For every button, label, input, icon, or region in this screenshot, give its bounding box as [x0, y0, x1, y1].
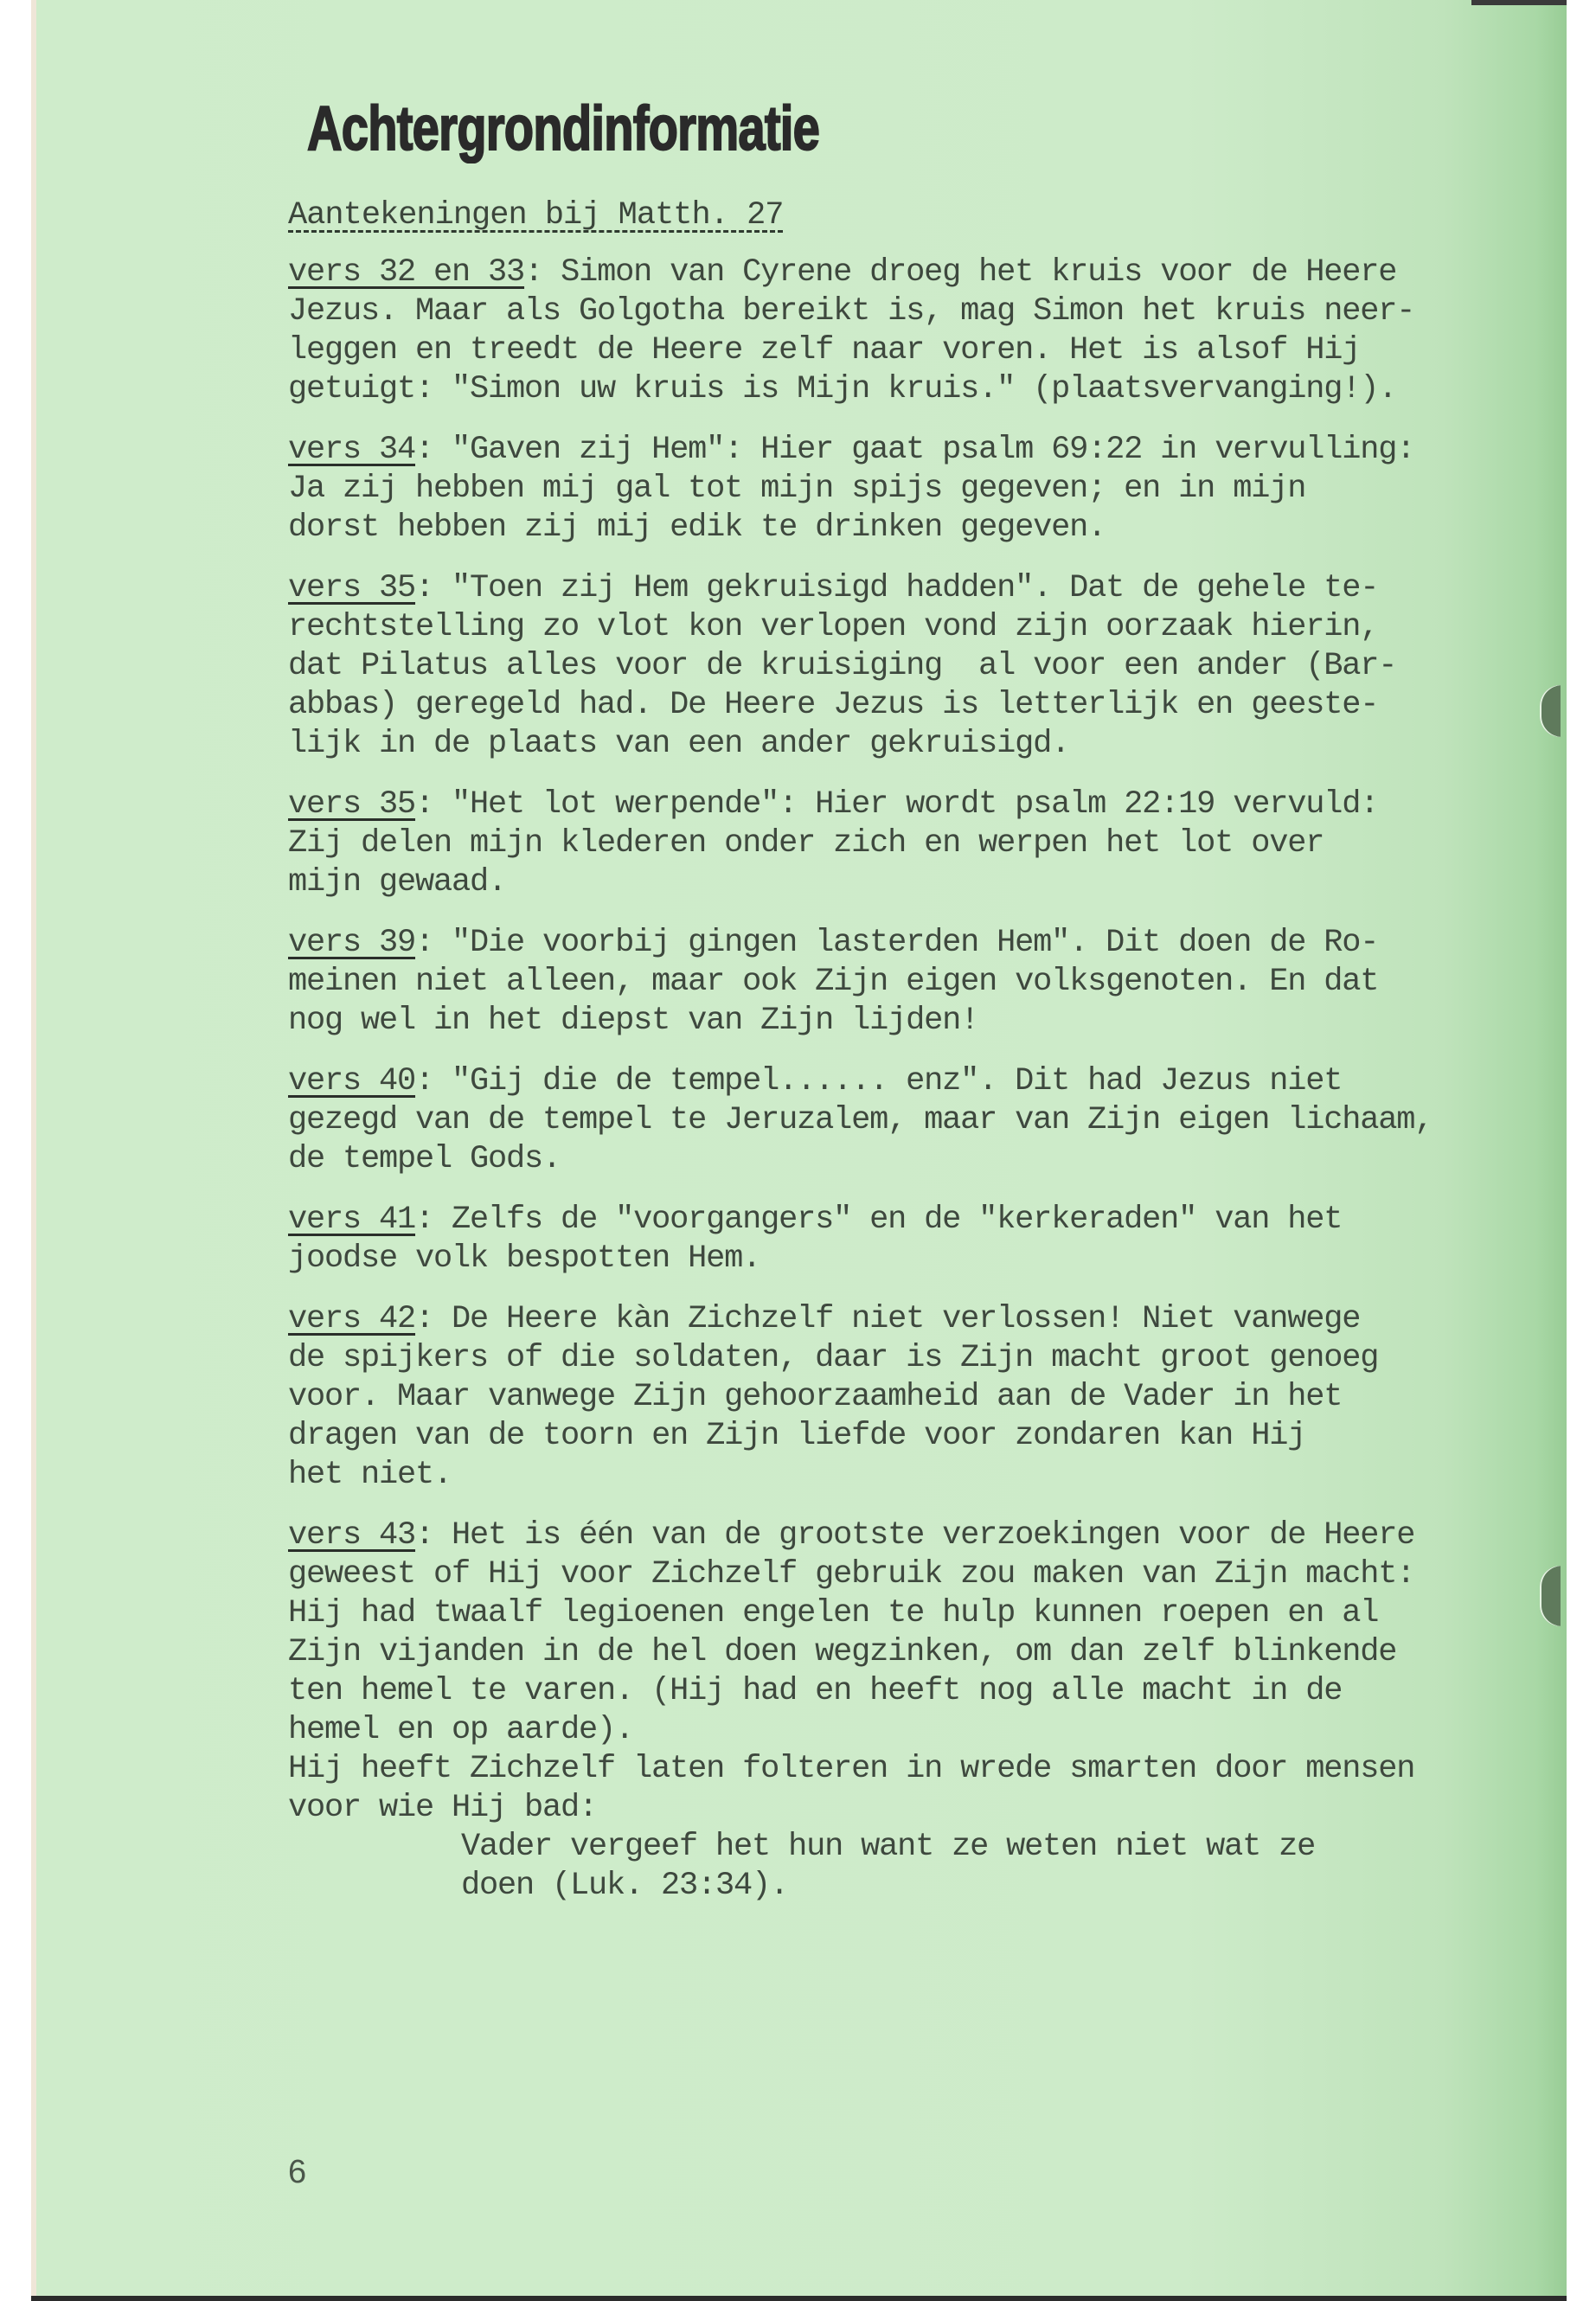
- verse-note: vers 40: "Gij die de tempel...... enz". …: [288, 1062, 1551, 1179]
- page-number: 6: [288, 2154, 306, 2191]
- page-title: Achtergrondinformatie: [307, 93, 819, 164]
- quote-line: doen (Luk. 23:34).: [288, 1867, 1551, 1906]
- text-line: de spijkers of die soldaten, daar is Zij…: [288, 1339, 1551, 1378]
- text-line: vers 35: "Het lot werpende": Hier wordt …: [288, 785, 1551, 824]
- text-line: Zij delen mijn klederen onder zich en we…: [288, 824, 1551, 863]
- text-line: Zijn vijanden in de hel doen wegzinken, …: [288, 1633, 1551, 1672]
- verse-reference: vers 41: [288, 1202, 415, 1238]
- text-line: dat Pilatus alles voor de kruisiging al …: [288, 647, 1551, 686]
- verse-note: vers 35: "Toen zij Hem gekruisigd hadden…: [288, 569, 1551, 764]
- page-edge-shadow: [1471, 0, 1567, 5]
- verse-reference: vers 35: [288, 570, 415, 606]
- text-line: vers 35: "Toen zij Hem gekruisigd hadden…: [288, 569, 1551, 608]
- text-line: lijk in de plaats van een ander gekruisi…: [288, 725, 1551, 764]
- text-line: joodse volk bespotten Hem.: [288, 1240, 1551, 1279]
- text-line: vers 34: "Gaven zij Hem": Hier gaat psal…: [288, 431, 1551, 470]
- text-line: leggen en treedt de Heere zelf naar vore…: [288, 331, 1551, 370]
- text-line: nog wel in het diepst van Zijn lijden!: [288, 1002, 1551, 1041]
- verse-reference: vers 35: [288, 786, 415, 823]
- text-line: vers 39: "Die voorbij gingen lasterden H…: [288, 924, 1551, 963]
- verse-note: vers 32 en 33: Simon van Cyrene droeg he…: [288, 253, 1551, 409]
- verse-reference: vers 42: [288, 1301, 415, 1337]
- quote-line: Vader vergeef het hun want ze weten niet…: [288, 1828, 1551, 1867]
- verse-reference: vers 34: [288, 432, 415, 468]
- verse-note: vers 43: Het is één van de grootste verz…: [288, 1516, 1551, 1906]
- text-line: geweest of Hij voor Zichzelf gebruik zou…: [288, 1555, 1551, 1594]
- text-line: rechtstelling zo vlot kon verlopen vond …: [288, 608, 1551, 647]
- text-line: ten hemel te varen. (Hij had en heeft no…: [288, 1672, 1551, 1711]
- text-line: dorst hebben zij mij edik te drinken geg…: [288, 509, 1551, 548]
- text-line: getuigt: "Simon uw kruis is Mijn kruis."…: [288, 370, 1551, 409]
- verse-note: vers 42: De Heere kàn Zichzelf niet verl…: [288, 1300, 1551, 1495]
- text-line: vers 42: De Heere kàn Zichzelf niet verl…: [288, 1300, 1551, 1339]
- verse-reference: vers 32 en 33: [288, 254, 524, 291]
- text-line: vers 43: Het is één van de grootste verz…: [288, 1516, 1551, 1555]
- text-line: vers 32 en 33: Simon van Cyrene droeg he…: [288, 253, 1551, 292]
- text-line: Jezus. Maar als Golgotha bereikt is, mag…: [288, 292, 1551, 331]
- section-subtitle: Aantekeningen bij Matth. 27: [288, 197, 784, 234]
- text-line: vers 41: Zelfs de "voorgangers" en de "k…: [288, 1201, 1551, 1240]
- text-line: abbas) geregeld had. De Heere Jezus is l…: [288, 686, 1551, 725]
- verse-reference: vers 40: [288, 1063, 415, 1099]
- text-line: hemel en op aarde).: [288, 1711, 1551, 1750]
- text-line: Hij had twaalf legioenen engelen te hulp…: [288, 1594, 1551, 1633]
- text-line: Hij heeft Zichzelf laten folteren in wre…: [288, 1750, 1551, 1789]
- text-line: Ja zij hebben mij gal tot mijn spijs geg…: [288, 470, 1551, 509]
- verse-note: vers 41: Zelfs de "voorgangers" en de "k…: [288, 1201, 1551, 1279]
- text-line: vers 40: "Gij die de tempel...... enz". …: [288, 1062, 1551, 1101]
- text-line: voor wie Hij bad:: [288, 1789, 1551, 1828]
- text-line: gezegd van de tempel te Jeruzalem, maar …: [288, 1101, 1551, 1140]
- text-line: mijn gewaad.: [288, 863, 1551, 902]
- verse-note: vers 39: "Die voorbij gingen lasterden H…: [288, 924, 1551, 1041]
- scripture-quote: Vader vergeef het hun want ze weten niet…: [288, 1828, 1551, 1906]
- text-line: voor. Maar vanwege Zijn gehoorzaamheid a…: [288, 1378, 1551, 1417]
- verse-note: vers 34: "Gaven zij Hem": Hier gaat psal…: [288, 431, 1551, 548]
- text-line: de tempel Gods.: [288, 1140, 1551, 1179]
- text-line: meinen niet alleen, maar ook Zijn eigen …: [288, 963, 1551, 1002]
- text-line: het niet.: [288, 1456, 1551, 1495]
- verse-reference: vers 43: [288, 1517, 415, 1554]
- verse-note: vers 35: "Het lot werpende": Hier wordt …: [288, 785, 1551, 902]
- notes-body: vers 32 en 33: Simon van Cyrene droeg he…: [288, 253, 1551, 1927]
- verse-reference: vers 39: [288, 925, 415, 961]
- text-line: dragen van de toorn en Zijn liefde voor …: [288, 1417, 1551, 1456]
